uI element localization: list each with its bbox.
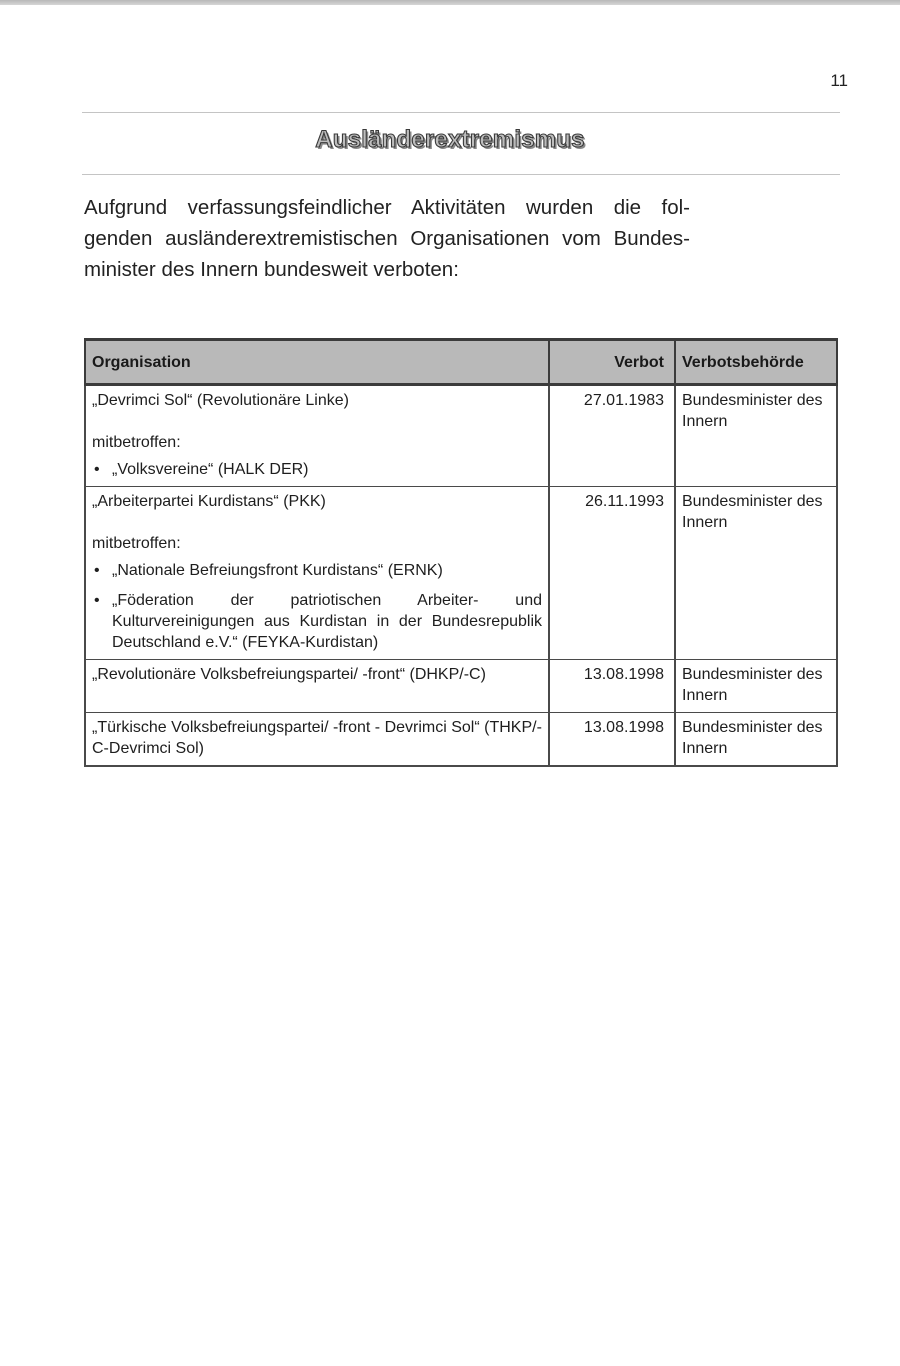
bullet-icon: • xyxy=(94,590,100,611)
also-affected-label: mitbetroffen: xyxy=(92,432,542,453)
scan-edge xyxy=(0,0,900,5)
organisation-name: „Revolutionäre Volksbefreiungspartei/ -f… xyxy=(92,664,542,685)
table-header-row: Organisation Verbot Verbotsbehörde xyxy=(85,340,837,385)
cell-authority: Bundesminister des Innern xyxy=(675,713,837,767)
also-affected-name: „Volksvereine“ (HALK DER) xyxy=(112,461,309,478)
also-affected-item: •„Volksvereine“ (HALK DER) xyxy=(92,459,542,480)
section-title: Ausländerextremismus xyxy=(0,126,900,154)
banned-organisations-table: Organisation Verbot Verbotsbehörde „Devr… xyxy=(84,338,838,767)
intro-line: minister des Innern bundesweit verboten: xyxy=(84,254,690,285)
cell-ban-date: 13.08.1998 xyxy=(549,713,675,767)
also-affected-label: mitbetroffen: xyxy=(92,533,542,554)
intro-line: genden ausländerextremistischen Organisa… xyxy=(84,223,690,254)
title-rule-top xyxy=(82,112,840,113)
header-authority: Verbotsbehörde xyxy=(675,340,837,385)
header-organisation: Organisation xyxy=(85,340,549,385)
organisation-name: „Arbeiterpartei Kurdistans“ (PKK) xyxy=(92,491,542,512)
intro-paragraph: Aufgrund verfassungsfeindlicher Aktivitä… xyxy=(84,192,690,285)
cell-authority: Bundesminister des Innern xyxy=(675,660,837,713)
cell-ban-date: 27.01.1983 xyxy=(549,385,675,487)
organisation-name: „Türkische Volksbefreiungspartei/ -front… xyxy=(92,717,542,759)
organisation-name: „Devrimci Sol“ (Revolutionäre Linke) xyxy=(92,390,542,411)
header-ban-date: Verbot xyxy=(549,340,675,385)
bullet-icon: • xyxy=(94,459,100,480)
cell-authority: Bundesminister des Innern xyxy=(675,385,837,487)
table-row: „Türkische Volksbefreiungspartei/ -front… xyxy=(85,713,837,767)
also-affected-list: •„Nationale Befreiungsfront Kurdistans“ … xyxy=(92,560,542,653)
also-affected-item: •„Nationale Befreiungsfront Kurdistans“ … xyxy=(92,560,542,581)
cell-ban-date: 13.08.1998 xyxy=(549,660,675,713)
cell-organisation: „Türkische Volksbefreiungspartei/ -front… xyxy=(85,713,549,767)
also-affected-name: „Nationale Befreiungsfront Kurdistans“ (… xyxy=(112,562,443,579)
also-affected-list: •„Volksvereine“ (HALK DER) xyxy=(92,459,542,480)
table-body: „Devrimci Sol“ (Revolutionäre Linke)mitb… xyxy=(85,385,837,767)
page-number: 11 xyxy=(830,71,848,91)
table-row: „Arbeiterpartei Kurdistans“ (PKK)mitbetr… xyxy=(85,487,837,660)
intro-line: Aufgrund verfassungsfeindlicher Aktivitä… xyxy=(84,192,690,223)
cell-organisation: „Revolutionäre Volksbefreiungspartei/ -f… xyxy=(85,660,549,713)
cell-organisation: „Devrimci Sol“ (Revolutionäre Linke)mitb… xyxy=(85,385,549,487)
also-affected-item: •„Föderation der patriotischen Arbeiter-… xyxy=(92,590,542,653)
cell-ban-date: 26.11.1993 xyxy=(549,487,675,660)
cell-organisation: „Arbeiterpartei Kurdistans“ (PKK)mitbetr… xyxy=(85,487,549,660)
bullet-icon: • xyxy=(94,560,100,581)
also-affected-name: „Föderation der patriotischen Arbeiter- … xyxy=(112,592,542,651)
table-row: „Revolutionäre Volksbefreiungspartei/ -f… xyxy=(85,660,837,713)
title-rule-bottom xyxy=(82,174,840,175)
cell-authority: Bundesminister des Innern xyxy=(675,487,837,660)
table-row: „Devrimci Sol“ (Revolutionäre Linke)mitb… xyxy=(85,385,837,487)
